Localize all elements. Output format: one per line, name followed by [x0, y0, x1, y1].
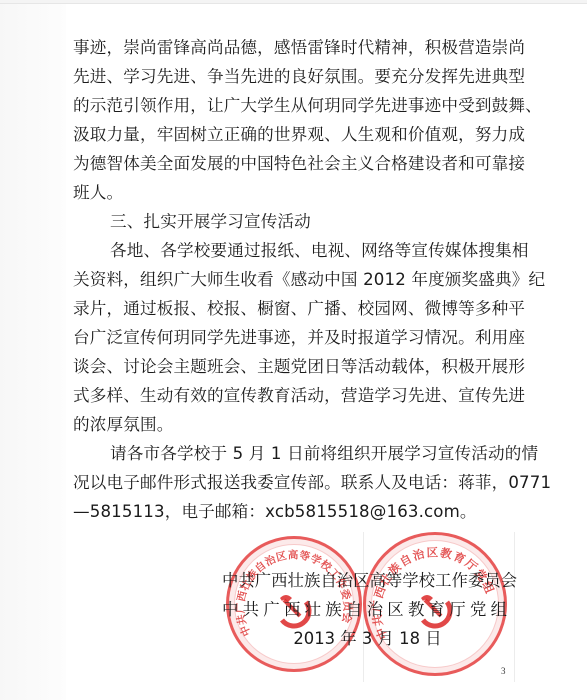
section-line: 录片，通过板报、校报、橱窗、广播、校园网、微博等多种平: [73, 294, 513, 323]
paragraph-line: 事迹，崇尚雷锋高尚品德，感悟雷锋时代精神，积极营造崇尚: [73, 33, 513, 62]
section-line: 谈会、讨论会主题班会、主题党团日等活动载体，积极开展形: [73, 352, 513, 381]
section-heading: 三、扎实开展学习宣传活动: [73, 207, 513, 236]
signature-block: 中共广西壮族自治区高等学校工作委员会 中共广西壮族自治区教育厅党组 2013 年…: [222, 566, 507, 653]
section-line: 式多样、生动有效的宣传教育活动，营造学习先进、宣传先进: [73, 381, 513, 410]
signatory-org-2: 中共广西壮族自治区教育厅党组: [222, 595, 507, 624]
page-margin: [0, 4, 66, 700]
section-line: 的浓厚氛围。: [73, 410, 513, 439]
request-line: 请各市各学校于 5 月 1 日前将组织开展学习宣传活动的情: [73, 439, 513, 468]
section-line: 关资料，组织广大师生收看《感动中国 2012 年度颁奖盛典》纪: [73, 265, 513, 294]
paragraph-line: 为德智体美全面发展的中国特色社会主义合格建设者和可靠接: [73, 149, 513, 178]
page-number: 3: [501, 666, 506, 676]
section-line: 各地、各学校要通过报纸、电视、网络等宣传媒体搜集相: [73, 236, 513, 265]
signatory-org-1: 中共广西壮族自治区高等学校工作委员会: [222, 566, 507, 595]
document-page: 事迹，崇尚雷锋高尚品德，感悟雷锋时代精神，积极营造崇尚 先进、学习先进、争当先进…: [0, 3, 587, 700]
paragraph-line: 汲取力量，牢固树立正确的世界观、人生观和价值观，努力成: [73, 120, 513, 149]
paragraph-line: 班人。: [73, 178, 513, 207]
document-date: 2013 年 3 月 18 日: [222, 624, 507, 653]
request-line: 况以电子邮件形式报送我委宣传部。联系人及电话：蒋菲，0771: [73, 468, 513, 497]
document-body: 事迹，崇尚雷锋高尚品德，感悟雷锋时代精神，积极营造崇尚 先进、学习先进、争当先进…: [73, 33, 513, 526]
paragraph-line: 的示范引领作用，让广大学生从何玥同学先进事迹中受到鼓舞、: [73, 91, 513, 120]
section-line: 台广泛宣传何玥同学先进事迹，并及时报道学习情况。利用座: [73, 323, 513, 352]
request-line: —5815113，电子邮箱：xcb5815518@163.com。: [73, 497, 513, 526]
paragraph-line: 先进、学习先进、争当先进的良好氛围。要充分发挥先进典型: [73, 62, 513, 91]
